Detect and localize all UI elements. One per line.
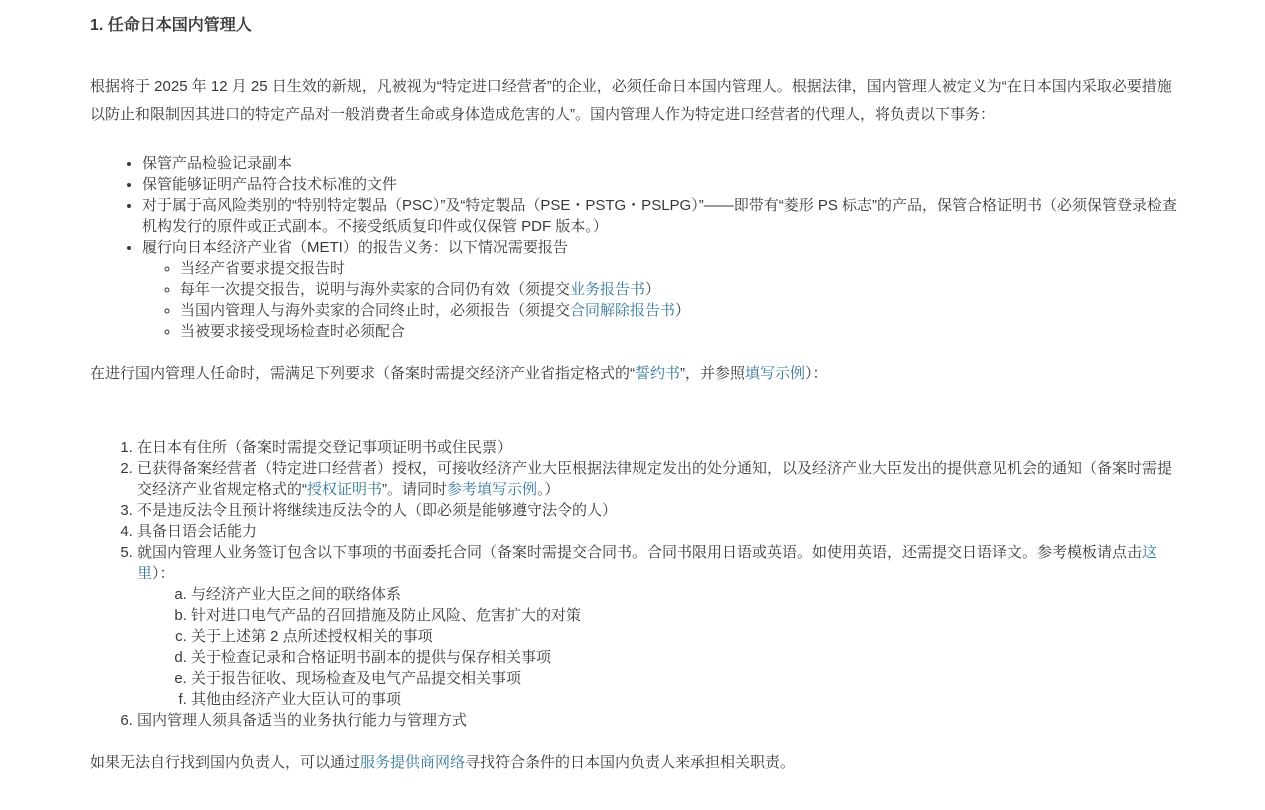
text-run: 针对进口电气产品的召回措施及防止风险、危害扩大的对策 — [191, 607, 581, 624]
link-business-report[interactable]: 业务报告书 — [570, 281, 645, 298]
intro-paragraph: 根据将于 2025 年 12 月 25 日生效的新规，凡被视为“特定进口经营者”… — [90, 73, 1182, 129]
text-run: 关于检查记录和合格证明书副本的提供与保存相关事项 — [191, 649, 551, 666]
text-run: 每年一次提交报告，说明与海外卖家的合同仍有效（须提交 — [180, 281, 570, 298]
text-run: 保管产品检验记录副本 — [142, 155, 292, 172]
link-pledge[interactable]: 誓约书 — [635, 365, 680, 382]
text-run: 当国内管理人与海外卖家的合同终止时，必须报告（须提交 — [180, 302, 570, 319]
text-run: 已获得备案经营者（特定进口经营者）授权，可接收经济产业大臣根据法律规定发出的处分… — [137, 460, 1172, 498]
text-run: 具备日语会话能力 — [137, 523, 257, 540]
list-item: 与经济产业大臣之间的联络体系 — [191, 584, 1182, 605]
text-run: 。） — [537, 481, 560, 498]
section-heading: 1. 任命日本国内管理人 — [90, 15, 1182, 37]
text-run: 与经济产业大臣之间的联络体系 — [191, 586, 401, 603]
list-item: 针对进口电气产品的召回措施及防止风险、危害扩大的对策 — [191, 605, 1182, 626]
list-item: 当被要求接受现场检查时必须配合 — [180, 321, 1182, 342]
requirements-intro-paragraph: 在进行国内管理人任命时，需满足下列要求（备案时需提交经济产业省指定格式的“誓约书… — [90, 360, 1182, 388]
text-run: 在进行国内管理人任命时，需满足下列要求（备案时需提交经济产业省指定格式的“ — [90, 365, 635, 382]
text-run: ） — [675, 302, 690, 319]
text-run: 就国内管理人业务签订包含以下事项的书面委托合同（备案时需提交合同书。合同书限用日… — [137, 544, 1142, 561]
list-item: 对于属于高风险类别的“特别特定製品（PSC）”及“特定製品（PSE・PSTG・P… — [142, 195, 1182, 237]
text-run: ”，并参照 — [680, 365, 745, 382]
text-run: 根据将于 2025 年 12 月 25 日生效的新规，凡被视为“特定进口经营者”… — [90, 78, 1172, 123]
link-reference-fill-example[interactable]: 参考填写示例 — [447, 481, 537, 498]
link-fill-example[interactable]: 填写示例 — [745, 365, 805, 382]
list-item: 当经产省要求提交报告时 — [180, 258, 1182, 279]
link-contract-termination-report[interactable]: 合同解除报告书 — [570, 302, 675, 319]
list-item: 具备日语会话能力 — [137, 521, 1182, 542]
text-run: ） — [645, 281, 660, 298]
list-item: 履行向日本经济产业省（METI）的报告义务：以下情况需要报告当经产省要求提交报告… — [142, 237, 1182, 342]
text-run: 当经产省要求提交报告时 — [180, 260, 345, 277]
text-run: 保管能够证明产品符合技术标准的文件 — [142, 176, 397, 193]
closing-paragraph: 如果无法自行找到国内负责人，可以通过服务提供商网络寻找符合条件的日本国内负责人来… — [90, 749, 1182, 777]
list-item: 保管产品检验记录副本 — [142, 153, 1182, 174]
list-item: 其他由经济产业大臣认可的事项 — [191, 689, 1182, 710]
text-run: 履行向日本经济产业省（METI）的报告义务：以下情况需要报告 — [142, 239, 568, 256]
list-item: 国内管理人须具备适当的业务执行能力与管理方式 — [137, 710, 1182, 731]
text-run: 寻找符合条件的日本国内负责人来承担相关职责。 — [465, 754, 795, 771]
list-item: 关于检查记录和合格证明书副本的提供与保存相关事项 — [191, 647, 1182, 668]
requirements-list: 在日本有住所（备案时需提交登记事项证明书或住民票）已获得备案经营者（特定进口经营… — [90, 437, 1182, 731]
text-run: 关于报告征收、现场检查及电气产品提交相关事项 — [191, 670, 521, 687]
text-run: 在日本有住所（备案时需提交登记事项证明书或住民票） — [137, 439, 512, 456]
text-run: 对于属于高风险类别的“特别特定製品（PSC）”及“特定製品（PSE・PSTG・P… — [142, 197, 1177, 235]
document: 1. 任命日本国内管理人 根据将于 2025 年 12 月 25 日生效的新规，… — [0, 0, 1182, 782]
text-run: ”。请同时 — [382, 481, 447, 498]
text-run: 国内管理人须具备适当的业务执行能力与管理方式 — [137, 712, 467, 729]
list-item: 每年一次提交报告，说明与海外卖家的合同仍有效（须提交业务报告书） — [180, 279, 1182, 300]
list-item: 已获得备案经营者（特定进口经营者）授权，可接收经济产业大臣根据法律规定发出的处分… — [137, 458, 1182, 500]
text-run: 当被要求接受现场检查时必须配合 — [180, 323, 405, 340]
link-authorization-certificate[interactable]: 授权证明书 — [307, 481, 382, 498]
text-run: 关于上述第 2 点所述授权相关的事项 — [191, 628, 433, 645]
list-item: 当国内管理人与海外卖家的合同终止时，必须报告（须提交合同解除报告书） — [180, 300, 1182, 321]
text-run: ）： — [805, 365, 828, 382]
text-run: 如果无法自行找到国内负责人，可以通过 — [90, 754, 360, 771]
list-item: 关于报告征收、现场检查及电气产品提交相关事项 — [191, 668, 1182, 689]
text-run: 其他由经济产业大臣认可的事项 — [191, 691, 401, 708]
list-item: 不是违反法令且预计将继续违反法令的人（即必须是能够遵守法令的人） — [137, 500, 1182, 521]
list-item: 关于上述第 2 点所述授权相关的事项 — [191, 626, 1182, 647]
sub-list: 当经产省要求提交报告时每年一次提交报告，说明与海外卖家的合同仍有效（须提交业务报… — [142, 258, 1182, 342]
link-service-provider-network[interactable]: 服务提供商网络 — [360, 754, 465, 771]
sub-list: 与经济产业大臣之间的联络体系针对进口电气产品的召回措施及防止风险、危害扩大的对策… — [137, 584, 1182, 710]
list-item: 就国内管理人业务签订包含以下事项的书面委托合同（备案时需提交合同书。合同书限用日… — [137, 542, 1182, 710]
text-run: ）： — [152, 565, 175, 582]
manager-duties-list: 保管产品检验记录副本保管能够证明产品符合技术标准的文件对于属于高风险类别的“特别… — [90, 153, 1182, 342]
list-item: 在日本有住所（备案时需提交登记事项证明书或住民票） — [137, 437, 1182, 458]
text-run: 不是违反法令且预计将继续违反法令的人（即必须是能够遵守法令的人） — [137, 502, 617, 519]
list-item: 保管能够证明产品符合技术标准的文件 — [142, 174, 1182, 195]
